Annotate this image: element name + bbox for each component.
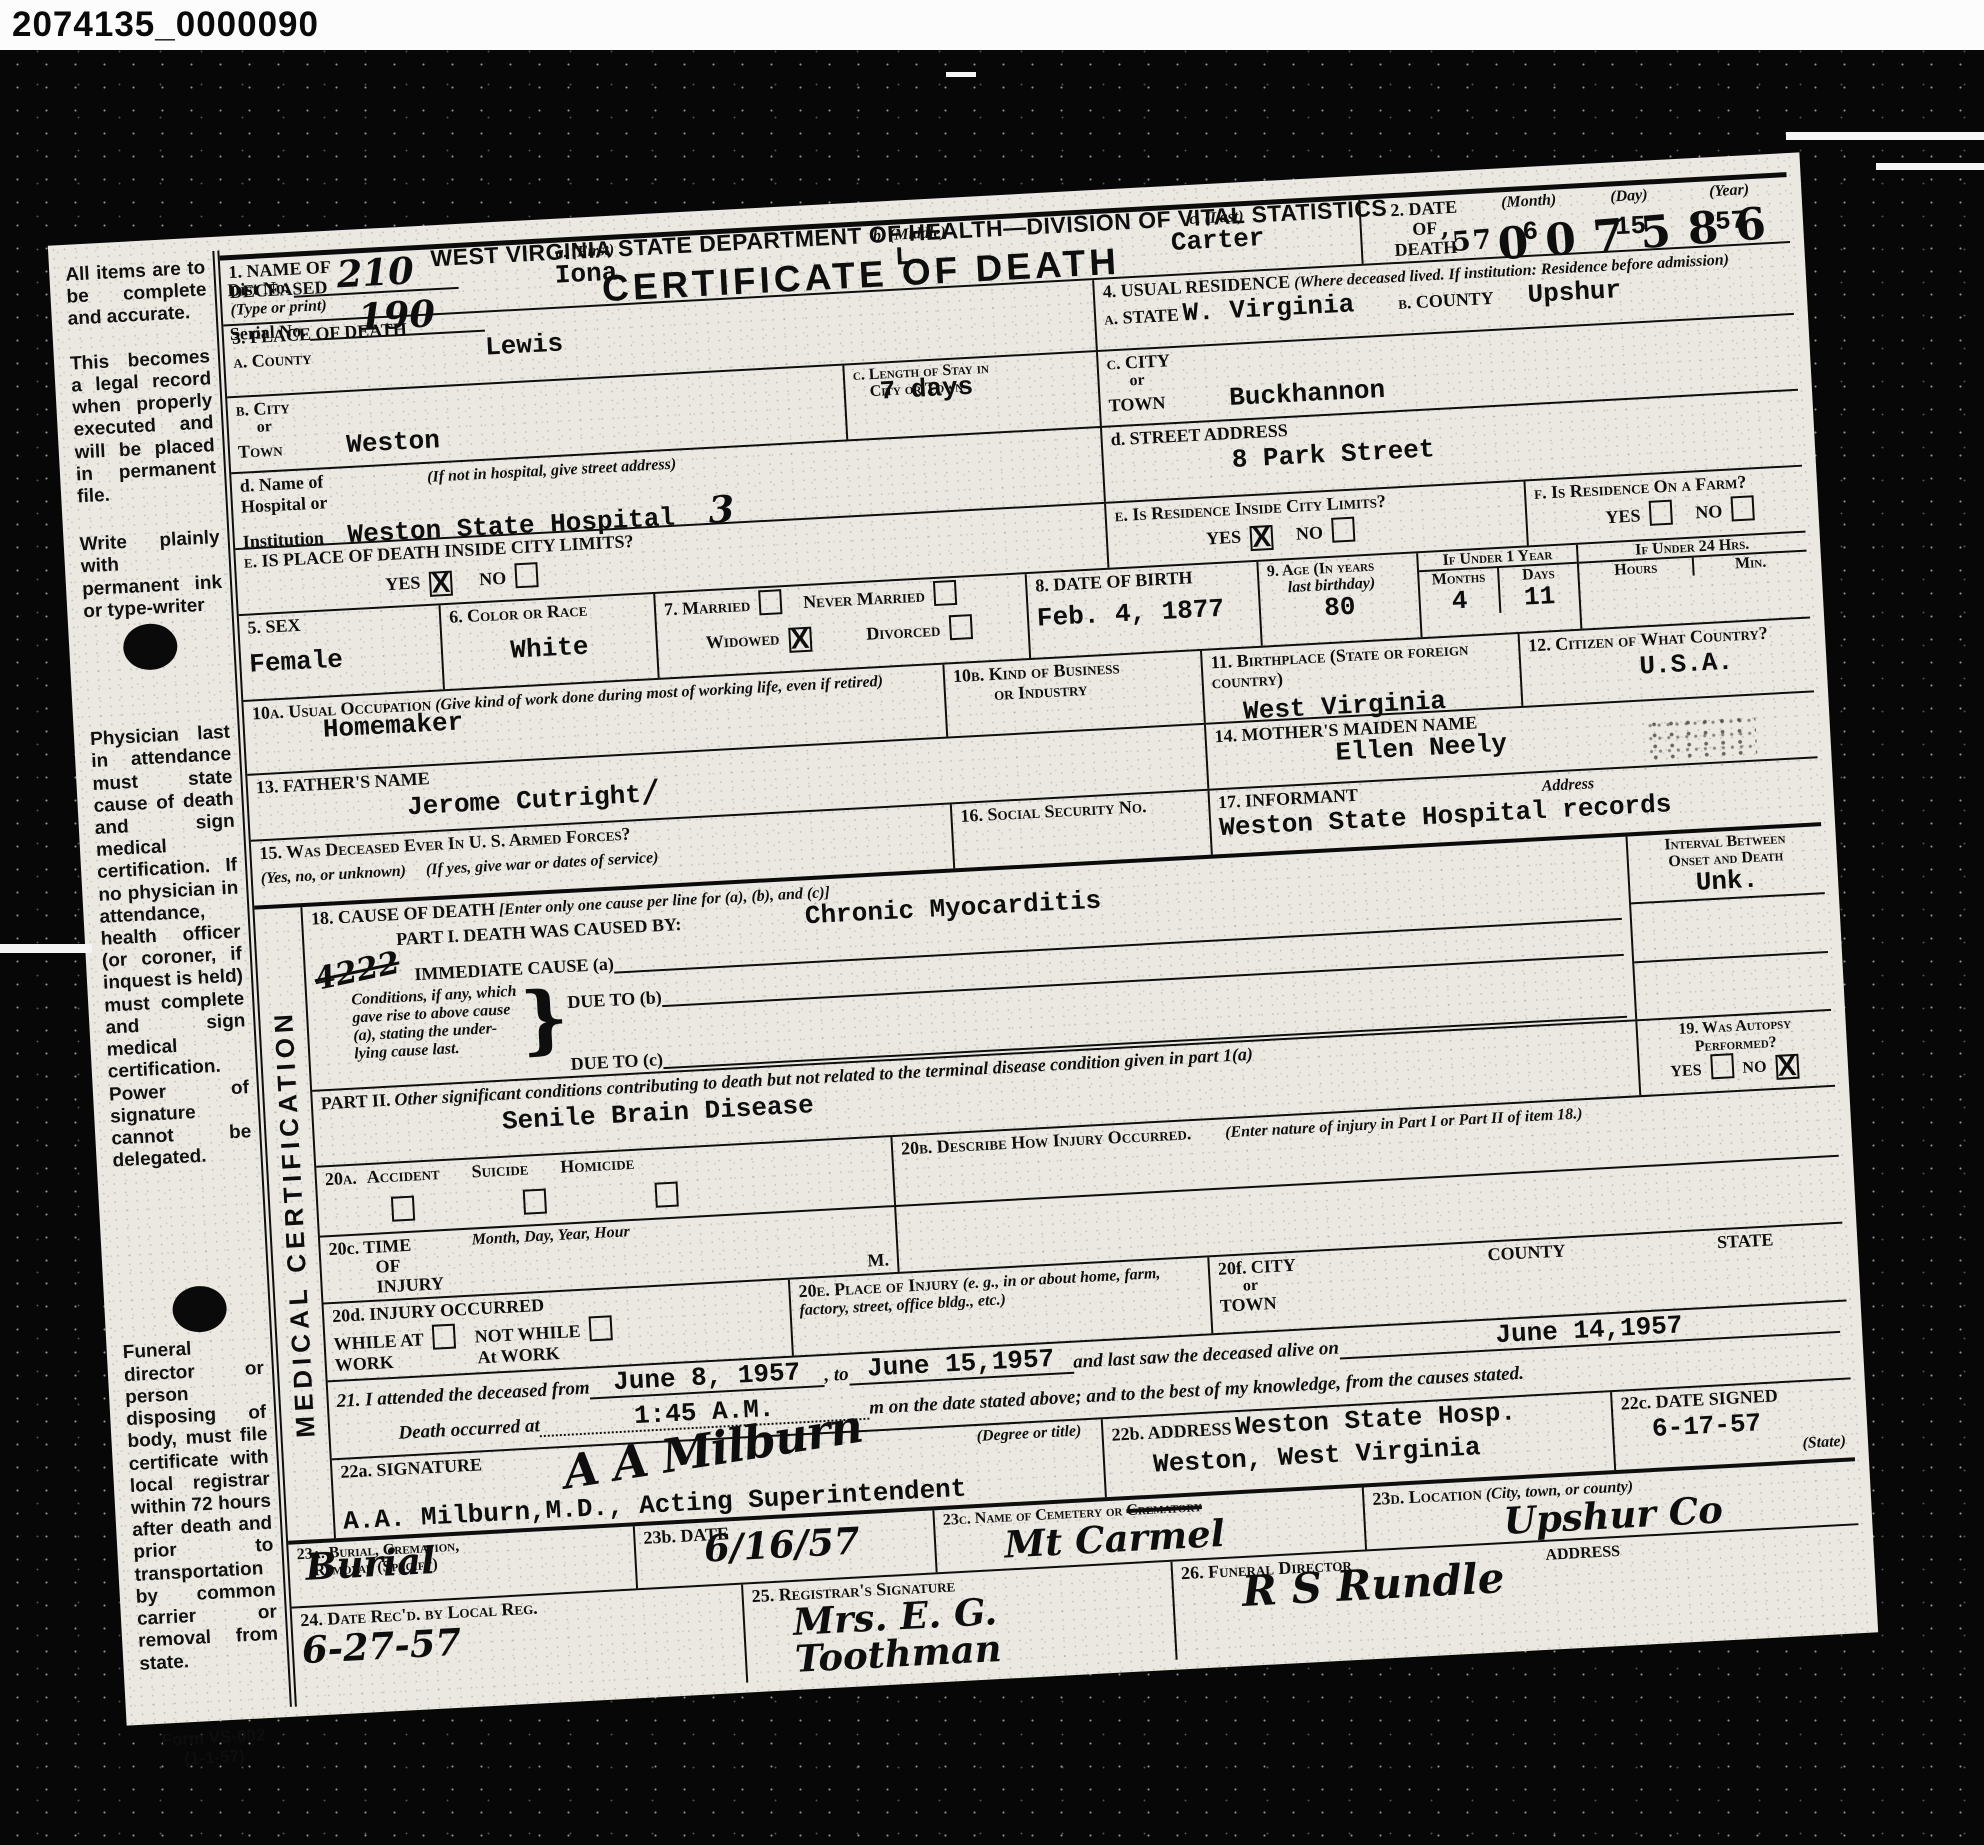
forces-hint2: (If yes, give war or dates of service)	[425, 849, 658, 878]
due-c-label: DUE TO (c)	[570, 1049, 663, 1074]
accident-checkbox	[391, 1196, 415, 1222]
injury-state-label: STATE	[1655, 1226, 1839, 1307]
attended-to-label: , to	[824, 1364, 849, 1387]
pod-yes-checkbox: X	[429, 571, 453, 597]
attended-from: June 8, 1957	[612, 1357, 801, 1397]
accident-label: Accident	[366, 1163, 440, 1187]
conditions-brace: }	[519, 980, 572, 1076]
injury-d-atwork: At WORK	[477, 1343, 560, 1367]
residence-county-value: Upshur	[1527, 275, 1622, 310]
sex-label: 5. SEX	[247, 608, 432, 638]
pod-no-checkbox	[514, 562, 538, 588]
autopsy-no-label: NO	[1742, 1059, 1767, 1077]
sex-value: Female	[249, 642, 434, 679]
married-checkbox	[758, 589, 782, 615]
scan-artifact-mark	[946, 72, 976, 77]
form-number: Form VS-002 (1-1-57)	[143, 1724, 285, 1772]
scan-background: 2074135_0000090 All items are to be comp…	[0, 0, 1984, 1845]
injury-d-notwhile: NOT WHILE	[474, 1321, 581, 1347]
due-b-label: DUE TO (b)	[567, 987, 662, 1012]
res-city-label3: TOWN	[1108, 392, 1166, 415]
race-label: 6. Color or Race	[449, 596, 647, 627]
hosp-label1: d. Name of	[239, 471, 323, 495]
scan-artifact-line	[1876, 163, 1984, 170]
dod-day-value: 15	[1580, 211, 1682, 244]
form-number-line2: (1-1-57)	[184, 1746, 245, 1768]
instruction-paragraph: This becomes a legal record when properl…	[70, 346, 218, 509]
injury-a-label: 20a.	[324, 1168, 357, 1190]
autopsy-no-checkbox: X	[1775, 1054, 1799, 1080]
res-no-label: NO	[1295, 522, 1323, 543]
scan-artifact-line	[1786, 132, 1984, 140]
divorced-label: Divorced	[866, 620, 941, 644]
form-number-line1: Form VS-002	[161, 1725, 266, 1750]
funeral-director-address-label: ADDRESS	[1545, 1543, 1620, 1564]
dod-year-value: 57	[1680, 205, 1782, 238]
hole-punch	[122, 622, 178, 671]
burial-value: Burial	[305, 1532, 628, 1586]
instruction-paragraph: Funeral director or person disposing of …	[122, 1335, 280, 1675]
farm-no-label: NO	[1695, 501, 1723, 522]
degree-hint: (Degree or title)	[976, 1422, 1082, 1446]
days-value: 11	[1500, 582, 1579, 613]
pod-city-label3: Town	[237, 439, 283, 461]
part2-label: PART II.	[320, 1090, 391, 1114]
scan-header-strip: 2074135_0000090	[0, 0, 1984, 50]
signature-label: 22a. SIGNATURE	[340, 1454, 483, 1482]
citizen-value: U.S.A.	[1639, 645, 1805, 681]
hole-punch	[171, 1285, 227, 1334]
pod-county-value: Lewis	[484, 328, 564, 362]
medical-certification-section: MEDICAL CERTIFICATION 18. CAUSE OF DEATH…	[254, 822, 1855, 1541]
father-handwritten-mark: ∕	[644, 773, 657, 810]
dod-year-label: (Year)	[1679, 179, 1780, 202]
race-value: White	[450, 630, 648, 668]
forces-hint1: (Yes, no, or unknown)	[260, 862, 406, 887]
injury-county-label: COUNTY	[1397, 1235, 1658, 1321]
attended-to: June 15,1957	[866, 1343, 1055, 1383]
never-married-checkbox	[933, 580, 957, 606]
farm-yes-label: YES	[1605, 505, 1641, 527]
conditions-note: Conditions, if any, which gave rise to a…	[351, 983, 524, 1086]
attended-saw: June 14,1957	[1495, 1310, 1684, 1350]
autopsy-yes-label: YES	[1670, 1062, 1702, 1081]
informant-address-label: Address	[1541, 775, 1594, 795]
dod-day-label: (Day)	[1578, 185, 1679, 208]
homicide-label: Homicide	[560, 1153, 635, 1177]
injury-d-work: WORK	[334, 1352, 394, 1375]
res-yes-checkbox: X	[1249, 525, 1273, 551]
married-label: 7. Married	[663, 595, 750, 620]
farm-no-checkbox	[1731, 495, 1755, 521]
homicide-checkbox	[655, 1182, 679, 1208]
scan-artifact-line	[0, 944, 92, 953]
injury-c-label3: INJURY	[376, 1274, 444, 1298]
dod-month-label: (Month)	[1478, 190, 1579, 213]
widowed-checkbox: X	[788, 626, 812, 652]
at-work-checkbox	[432, 1323, 456, 1349]
widowed-label: Widowed	[705, 628, 780, 652]
farm-yes-checkbox	[1649, 500, 1673, 526]
death-occurred-label: Death occurred at	[398, 1415, 540, 1444]
dob-label: 8. DATE OF BIRTH	[1035, 564, 1250, 596]
pod-yes-label: YES	[385, 572, 421, 594]
months-value: 4	[1420, 586, 1499, 617]
never-married-label: Never Married	[803, 585, 926, 611]
dod-month-value: 6	[1480, 216, 1582, 249]
dob-value: Feb. 4, 1877	[1036, 594, 1251, 633]
burial-date-value: 6/16/57	[703, 1519, 927, 1568]
res-yes-label: YES	[1205, 527, 1241, 549]
instruction-paragraph: Write plainly with permanent ink or type…	[79, 527, 224, 623]
interval-empty-cell	[1631, 894, 1828, 963]
location-label: 23d. Location	[1372, 1483, 1482, 1509]
certifier-address-label: 22b. ADDRESS	[1111, 1418, 1232, 1444]
certificate-sheet: All items are to be complete and accurat…	[48, 152, 1878, 1725]
not-at-work-checkbox	[589, 1315, 613, 1341]
certificate-form: Dist No. 210 Serial No. 190 WEST VIRGINI…	[217, 167, 1863, 1707]
scan-filename: 2074135_0000090	[0, 0, 1984, 50]
instruction-paragraph: Physician last in attendance must state …	[90, 722, 253, 1173]
registrar-sig-value: Mrs. E. G. Toothman	[792, 1584, 1167, 1678]
suicide-checkbox	[523, 1189, 547, 1215]
ink-smudge	[1645, 713, 1757, 763]
instruction-paragraph: All items are to be complete and accurat…	[65, 257, 208, 331]
pod-city-value: Weston	[346, 425, 441, 460]
divorced-checkbox	[949, 614, 973, 640]
res-no-checkbox	[1331, 517, 1355, 543]
suicide-label: Suicide	[471, 1159, 529, 1182]
pod-county-label: a. County	[233, 348, 312, 372]
pod-no-label: NO	[479, 568, 507, 589]
autopsy-yes-checkbox	[1710, 1053, 1734, 1079]
residence-county-label: b. COUNTY	[1398, 288, 1495, 313]
interval-empty-cell	[1634, 953, 1831, 1020]
residence-state-label: a. STATE	[1104, 304, 1180, 328]
